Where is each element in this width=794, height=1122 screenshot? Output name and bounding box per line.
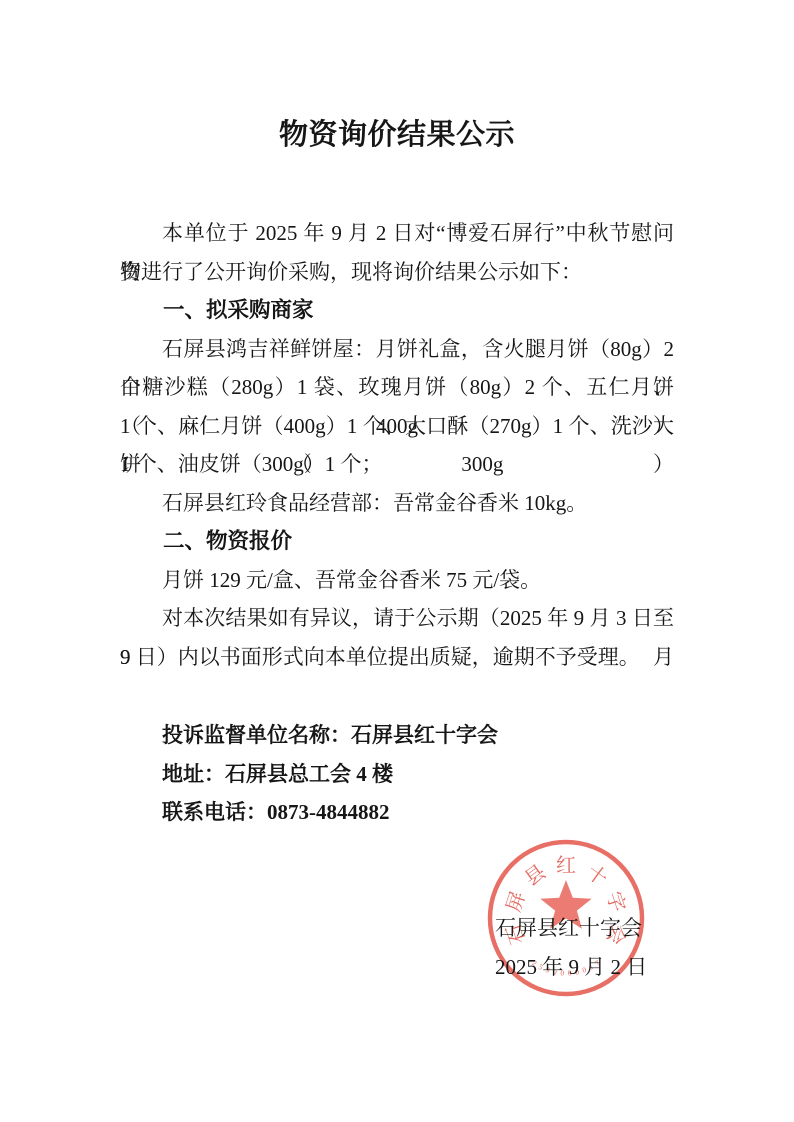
supervisor-unit-line: 投诉监督单位名称：石屏县红十字会	[120, 716, 674, 755]
paragraph-vendor-line: 白糖沙糕（280g）1 袋、玫瑰月饼（80g）2 个、五仁月饼（400g）	[120, 368, 674, 407]
page-title: 物资询价结果公示	[0, 112, 794, 153]
paragraph-intro-line: 本单位于 2025 年 9 月 2 日对“博爱石屏行”中秋节慰问物	[120, 214, 674, 253]
signature-org: 石屏县红十字会	[495, 909, 695, 948]
paragraph-price: 月饼 129 元/盒、吾常金谷香米 75 元/袋。	[120, 561, 674, 600]
signature-date: 2025 年 9 月 2 日	[495, 948, 695, 987]
svg-text:红: 红	[556, 854, 576, 877]
section-heading-2: 二、物资报价	[120, 522, 674, 561]
contact-info: 投诉监督单位名称：石屏县红十字会 地址：石屏县总工会 4 楼 联系电话：0873…	[120, 716, 674, 832]
paragraph-rice-vendor: 石屏县红玲食品经营部：吾常金谷香米 10kg。	[120, 484, 674, 523]
document-body: 本单位于 2025 年 9 月 2 日对“博爱石屏行”中秋节慰问物 资进行了公开…	[120, 214, 674, 676]
section-heading-1: 一、拟采购商家	[120, 291, 674, 330]
svg-text:十: 十	[582, 860, 612, 890]
paragraph-vendor-line: 1 个、麻仁月饼（400g）1 个、大口酥（270g）1 个、洗沙大饼（300g…	[120, 407, 674, 446]
address-line: 地址：石屏县总工会 4 楼	[120, 755, 674, 794]
document-page: 物资询价结果公示 本单位于 2025 年 9 月 2 日对“博爱石屏行”中秋节慰…	[0, 0, 794, 1122]
signature: 石屏县红十字会 2025 年 9 月 2 日	[495, 909, 695, 986]
paragraph-objection-line: 9 日）内以书面形式向本单位提出质疑，逾期不予受理。	[120, 638, 674, 677]
paragraph-intro-line: 资进行了公开询价采购，现将询价结果公示如下：	[120, 253, 674, 292]
paragraph-objection-line: 对本次结果如有异议，请于公示期（2025 年 9 月 3 日至 9 月	[120, 599, 674, 638]
phone-line: 联系电话：0873-4844882	[120, 793, 674, 832]
svg-text:县: 县	[520, 860, 550, 890]
paragraph-vendor-line: 石屏县鸿吉祥鲜饼屋：月饼礼盒，含火腿月饼（80g）2 个、	[120, 330, 674, 369]
